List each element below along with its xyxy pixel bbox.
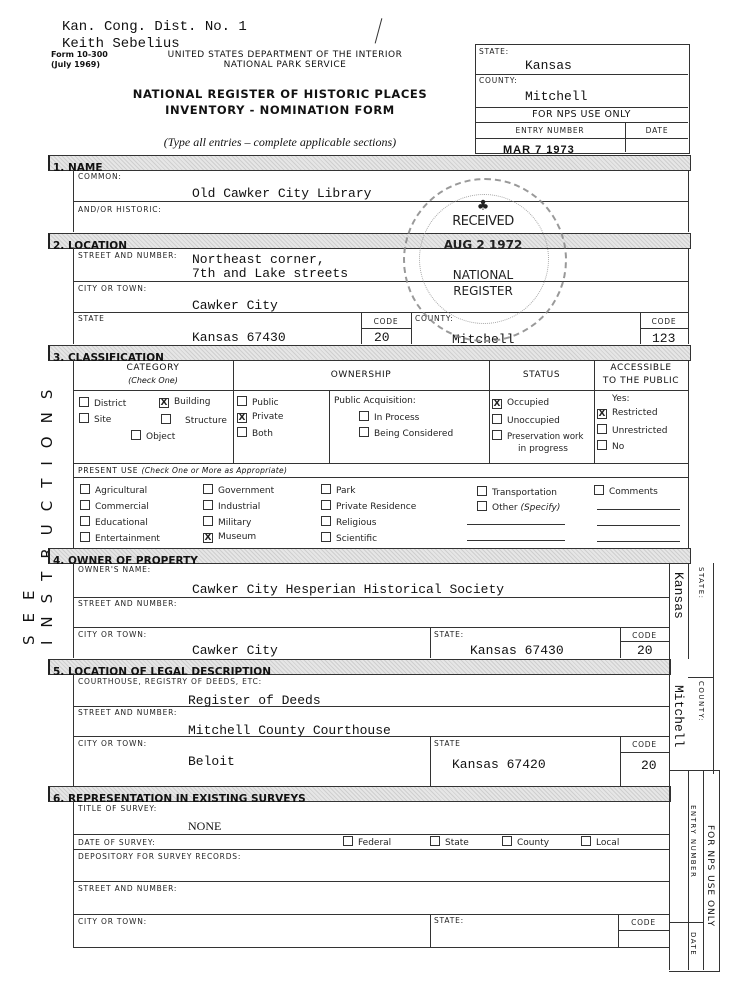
- accessible-yes-label: Yes:: [612, 394, 630, 404]
- category-object-checkbox[interactable]: Object: [131, 430, 175, 442]
- survey-street-field[interactable]: [188, 896, 588, 910]
- historic-name-field[interactable]: [192, 216, 392, 230]
- stamp-national-text: NATIONAL: [403, 268, 563, 282]
- comments-line-3[interactable]: [597, 541, 680, 542]
- option-label: Transportation: [492, 488, 557, 498]
- checkbox-icon[interactable]: [321, 484, 331, 494]
- pen-mark: [375, 18, 384, 44]
- option-label: Restricted: [612, 408, 658, 418]
- checkbox-icon[interactable]: [581, 836, 591, 846]
- top-state-value[interactable]: Kansas: [525, 58, 572, 73]
- accessible-no-checkbox[interactable]: No: [597, 440, 624, 452]
- checkbox-icon[interactable]: [477, 486, 487, 496]
- option-label: Industrial: [218, 502, 260, 512]
- present-use-title: PRESENT USE: [78, 466, 138, 475]
- checkbox-icon[interactable]: [237, 427, 247, 437]
- section-4-header: 4. OWNER OF PROPERTY: [48, 548, 691, 564]
- checkbox-icon[interactable]: [237, 396, 247, 406]
- use-commercial-checkbox[interactable]: Commercial: [80, 500, 149, 512]
- option-label: Agricultural: [95, 486, 147, 496]
- option-label: In Process: [374, 413, 419, 423]
- section-3-header: 3. CLASSIFICATION: [48, 345, 691, 361]
- option-label: Military: [218, 518, 251, 528]
- checkbox-icon[interactable]: [359, 411, 369, 421]
- option-label: Commercial: [95, 502, 149, 512]
- use-park-checkbox[interactable]: Park: [321, 484, 355, 496]
- comments-line-1[interactable]: [597, 509, 680, 510]
- entry-number-label: ENTRY NUMBER: [475, 126, 625, 135]
- option-label: Private: [252, 412, 283, 422]
- option-label: Object: [146, 432, 175, 442]
- location-state-label: STATE: [78, 314, 105, 323]
- survey-title-field[interactable]: NONE: [188, 819, 221, 834]
- legal-code-label: CODE: [620, 740, 669, 749]
- category-site-checkbox[interactable]: Site: [79, 413, 111, 425]
- status-occupied-checkbox[interactable]: XOccupied: [492, 398, 549, 409]
- depository-label: DEPOSITORY FOR SURVEY RECORDS:: [78, 852, 241, 861]
- category-structure-checkbox[interactable]: Structure: [161, 414, 227, 426]
- owner-state-field[interactable]: Kansas 67430: [470, 643, 564, 658]
- option-label: Site: [94, 415, 111, 425]
- option-label: Occupied: [507, 398, 549, 408]
- owner-name-label: OWNER'S NAME:: [78, 565, 151, 574]
- option-label: Government: [218, 486, 274, 496]
- legal-state-label: STATE: [434, 739, 461, 748]
- option-label: Private Residence: [336, 502, 416, 512]
- option-label: State: [445, 838, 469, 848]
- owner-street-field[interactable]: [192, 610, 392, 624]
- ownership-public-checkbox[interactable]: Public: [237, 396, 279, 408]
- margin-state-box: [688, 563, 714, 678]
- survey-code-label: CODE: [618, 918, 669, 927]
- form-number: Form 10-300: [51, 50, 108, 59]
- common-name-label: COMMON:: [78, 172, 122, 181]
- owner-street-label: STREET AND NUMBER:: [78, 599, 177, 608]
- margin-entry-number-label: ENTRY NUMBER: [689, 805, 697, 878]
- ownership-private-checkbox[interactable]: XPrivate: [237, 412, 283, 423]
- legal-city-field[interactable]: Beloit: [188, 754, 235, 769]
- location-city-label: CITY OR TOWN:: [78, 284, 147, 293]
- checkbox-icon[interactable]: [597, 440, 607, 450]
- stamp-date-text: AUG 2 1972: [403, 238, 563, 252]
- option-label: Museum: [218, 532, 256, 542]
- ownership-header: OWNERSHIP: [233, 370, 489, 380]
- present-use-label: PRESENT USE (Check One or More as Approp…: [78, 466, 287, 475]
- checkbox-icon[interactable]: [343, 836, 353, 846]
- other-specify-line-1[interactable]: [467, 524, 565, 525]
- section-6-header: 6. REPRESENTATION IN EXISTING SURVEYS: [48, 786, 671, 802]
- option-label: Scientific: [336, 534, 377, 544]
- form-title-line2: INVENTORY - NOMINATION FORM: [110, 103, 450, 117]
- checkbox-icon[interactable]: [594, 485, 604, 495]
- option-label: Educational: [95, 518, 148, 528]
- section-2-header: 2. LOCATION: [48, 233, 691, 249]
- use-transportation-checkbox[interactable]: Transportation: [477, 486, 557, 498]
- legal-state-field[interactable]: Kansas 67420: [452, 757, 546, 772]
- margin-date-label: DATE: [689, 932, 697, 956]
- checkbox-icon[interactable]: X: [203, 533, 213, 543]
- use-agricultural-checkbox[interactable]: Agricultural: [80, 484, 147, 496]
- accessible-header-line2: TO THE PUBLIC: [594, 376, 688, 386]
- checkbox-icon[interactable]: [79, 413, 89, 423]
- use-private-residence-checkbox[interactable]: Private Residence: [321, 500, 416, 512]
- option-label: Other: [492, 503, 518, 513]
- acquisition-being-considered-checkbox[interactable]: Being Considered: [359, 427, 453, 439]
- survey-title-label: TITLE OF SURVEY:: [78, 804, 157, 813]
- option-label: Preservation work: [507, 432, 583, 442]
- owner-city-field[interactable]: Cawker City: [192, 643, 278, 658]
- see-instructions-label: SEE INSTRUCTIONS: [20, 365, 56, 645]
- top-county-label: COUNTY:: [479, 76, 518, 85]
- use-comments-checkbox[interactable]: Comments: [594, 485, 658, 497]
- option-label: Federal: [358, 838, 391, 848]
- checkbox-icon[interactable]: [359, 427, 369, 437]
- checkbox-icon[interactable]: [492, 430, 502, 440]
- status-header: STATUS: [489, 370, 594, 380]
- survey-county-checkbox[interactable]: County: [502, 836, 549, 848]
- checkbox-icon[interactable]: [203, 484, 213, 494]
- use-museum-checkbox[interactable]: XMuseum: [203, 532, 256, 543]
- checkbox-icon[interactable]: [79, 397, 89, 407]
- use-other-checkbox[interactable]: Other (Specify): [477, 501, 560, 513]
- margin-state-value: Kansas: [670, 572, 686, 619]
- common-name-field[interactable]: Old Cawker City Library: [192, 186, 371, 201]
- stamp-register-text: REGISTER: [403, 284, 563, 298]
- status-in-progress-label: in progress: [518, 444, 568, 454]
- checkbox-icon[interactable]: [80, 532, 90, 542]
- option-label: County: [517, 838, 549, 848]
- checkbox-icon[interactable]: [477, 501, 487, 511]
- survey-street-label: STREET AND NUMBER:: [78, 884, 177, 893]
- historic-name-label: AND/OR HISTORIC:: [78, 205, 162, 214]
- checkbox-icon[interactable]: [502, 836, 512, 846]
- top-county-value[interactable]: Mitchell: [525, 89, 587, 104]
- nps-use-only-label: FOR NPS USE ONLY: [475, 109, 688, 120]
- checkbox-icon[interactable]: [203, 516, 213, 526]
- checkbox-icon[interactable]: [492, 414, 502, 424]
- location-street-label: STREET AND NUMBER:: [78, 251, 177, 260]
- use-government-checkbox[interactable]: Government: [203, 484, 274, 496]
- form-date: (July 1969): [51, 60, 100, 69]
- owner-city-label: CITY OR TOWN:: [78, 630, 147, 639]
- survey-city-label: CITY OR TOWN:: [78, 917, 147, 926]
- option-label: Building: [174, 397, 211, 407]
- use-educational-checkbox[interactable]: Educational: [80, 516, 148, 528]
- status-unoccupied-checkbox[interactable]: Unoccupied: [492, 414, 560, 426]
- survey-state-label: STATE:: [434, 916, 464, 925]
- location-street-line1[interactable]: Northeast corner,: [192, 252, 325, 267]
- category-building-checkbox[interactable]: XBuilding: [159, 397, 211, 408]
- legal-code-field[interactable]: 20: [641, 758, 657, 773]
- checkbox-icon[interactable]: [321, 532, 331, 542]
- option-label: District: [94, 399, 126, 409]
- category-header: CATEGORY: [73, 363, 233, 373]
- survey-date-label: DATE OF SURVEY:: [78, 838, 156, 847]
- use-industrial-checkbox[interactable]: Industrial: [203, 500, 260, 512]
- location-county-code-field[interactable]: 123: [652, 331, 675, 346]
- option-label: Entertainment: [95, 534, 160, 544]
- location-state-code-label: CODE: [361, 317, 411, 326]
- checkbox-icon[interactable]: [80, 516, 90, 526]
- section-5-header: 5. LOCATION OF LEGAL DESCRIPTION: [48, 659, 671, 675]
- survey-state-checkbox[interactable]: State: [430, 836, 469, 848]
- option-label: Structure: [185, 416, 227, 426]
- owner-code-field[interactable]: 20: [637, 643, 653, 658]
- margin-county-label: COUNTY:: [697, 681, 705, 722]
- use-religious-checkbox[interactable]: Religious: [321, 516, 377, 528]
- survey-local-checkbox[interactable]: Local: [581, 836, 619, 848]
- checkbox-icon[interactable]: X: [159, 398, 169, 408]
- form-title-line1: NATIONAL REGISTER OF HISTORIC PLACES: [110, 87, 450, 101]
- option-label: No: [612, 442, 624, 452]
- accessible-unrestricted-checkbox[interactable]: Unrestricted: [597, 424, 667, 436]
- service-name: NATIONAL PARK SERVICE: [140, 60, 430, 70]
- checkbox-icon[interactable]: [80, 500, 90, 510]
- form-instruction: (Type all entries – complete applicable …: [110, 135, 450, 150]
- top-state-label: STATE:: [479, 47, 509, 56]
- present-use-subtitle: (Check One or More as Appropriate): [142, 466, 288, 475]
- legal-street-label: STREET AND NUMBER:: [78, 708, 177, 717]
- comments-line-2[interactable]: [597, 525, 680, 526]
- stamp-tree-icon: ♣: [403, 198, 563, 214]
- accessible-header-line1: ACCESSIBLE: [594, 363, 688, 373]
- checkbox-icon[interactable]: X: [597, 409, 607, 419]
- checkbox-icon[interactable]: [131, 430, 141, 440]
- margin-county-value: Mitchell: [670, 685, 686, 747]
- owner-name-field[interactable]: Cawker City Hesperian Historical Society: [192, 582, 504, 597]
- survey-federal-checkbox[interactable]: Federal: [343, 836, 391, 848]
- survey-state-field[interactable]: [450, 929, 600, 943]
- use-entertainment-checkbox[interactable]: Entertainment: [80, 532, 160, 544]
- status-preservation-checkbox[interactable]: Preservation work: [492, 430, 583, 442]
- survey-code-field[interactable]: [622, 932, 666, 945]
- option-label: Public: [252, 398, 279, 408]
- entry-date-label: DATE: [626, 126, 688, 135]
- category-subheader: (Check One): [73, 376, 233, 385]
- option-label: Comments: [609, 487, 658, 497]
- checkbox-icon[interactable]: X: [237, 413, 247, 423]
- category-district-checkbox[interactable]: District: [79, 397, 126, 409]
- checkbox-icon[interactable]: [597, 424, 607, 434]
- section-1-header: 1. NAME: [48, 155, 691, 171]
- legal-city-label: CITY OR TOWN:: [78, 739, 147, 748]
- acquisition-in-process-checkbox[interactable]: In Process: [359, 411, 419, 423]
- use-military-checkbox[interactable]: Military: [203, 516, 251, 528]
- owner-code-label: CODE: [620, 631, 669, 640]
- use-scientific-checkbox[interactable]: Scientific: [321, 532, 377, 544]
- option-label: Unoccupied: [507, 416, 560, 426]
- ownership-both-checkbox[interactable]: Both: [237, 427, 273, 439]
- other-specify-line-2[interactable]: [467, 540, 565, 541]
- department-name: UNITED STATES DEPARTMENT OF THE INTERIOR: [140, 50, 430, 60]
- depository-field[interactable]: [188, 864, 588, 878]
- accessible-restricted-checkbox[interactable]: XRestricted: [597, 408, 658, 419]
- option-label: Park: [336, 486, 355, 496]
- option-label: Religious: [336, 518, 377, 528]
- checkbox-icon[interactable]: [321, 516, 331, 526]
- checkbox-icon[interactable]: [161, 414, 171, 424]
- owner-state-label: STATE:: [434, 630, 464, 639]
- other-specify-label: (Specify): [520, 503, 560, 513]
- location-state-code-field[interactable]: 20: [374, 330, 390, 345]
- option-label: Unrestricted: [612, 426, 667, 436]
- checkbox-icon[interactable]: [321, 500, 331, 510]
- public-acquisition-label: Public Acquisition:: [334, 396, 416, 406]
- option-label: Both: [252, 429, 273, 439]
- checkbox-icon[interactable]: X: [492, 399, 502, 409]
- location-state-field[interactable]: Kansas 67430: [192, 330, 286, 345]
- courthouse-label: COURTHOUSE, REGISTRY OF DEEDS, ETC:: [78, 677, 262, 686]
- checkbox-icon[interactable]: [203, 500, 213, 510]
- location-city-field[interactable]: Cawker City: [192, 298, 278, 313]
- checkbox-icon[interactable]: [80, 484, 90, 494]
- margin-nps-use-only-label: FOR NPS USE ONLY: [705, 825, 715, 927]
- location-county-code-label: CODE: [640, 317, 688, 326]
- checkbox-icon[interactable]: [430, 836, 440, 846]
- location-street-line2[interactable]: 7th and Lake streets: [192, 266, 348, 281]
- option-label: Being Considered: [374, 429, 453, 439]
- stamp-received-text: RECEIVED: [403, 214, 563, 229]
- survey-city-field[interactable]: [188, 929, 408, 943]
- congressional-district: Kan. Cong. Dist. No. 1: [62, 19, 247, 35]
- option-label: Local: [596, 838, 619, 848]
